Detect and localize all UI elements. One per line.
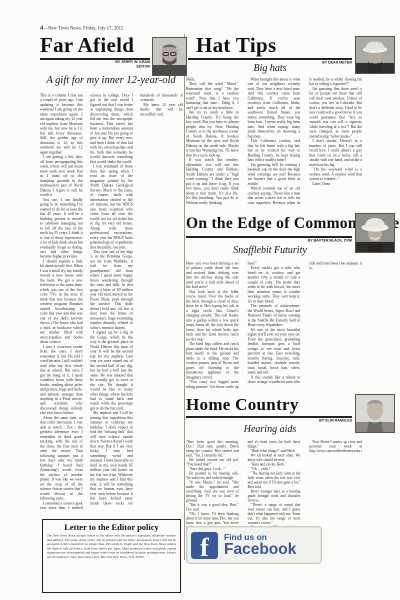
far-afield-headline: A gift for my inner 12-year-old: [40, 75, 182, 86]
hat-tips-headline: Big hats: [188, 63, 352, 74]
hat-tips-body: Hello,They call the wind "Maria". Rememb…: [186, 77, 362, 211]
newspaper-page: 4—New Town News, Friday, July 17, 2015 F…: [0, 0, 400, 600]
letter-policy-box: Letter to the Editor policy The New Town…: [42, 519, 181, 593]
letter-policy-title: Letter to the Editor policy: [43, 520, 180, 532]
on-the-edge-body: Have you ever been driving a set of past…: [186, 261, 362, 392]
hat-tips-text-columns: Hello,They call the wind "Maria". Rememb…: [186, 77, 362, 211]
facebook-icon: f: [191, 532, 218, 559]
far-afield-byline: BY JERRY W. KRAM EDITOR: [60, 60, 150, 72]
facebook-badge-line2: Facebook: [224, 542, 296, 558]
far-afield-author-photo: [152, 37, 187, 76]
folio-line: 4—New Town News, Friday, July 17, 2015: [40, 24, 260, 32]
on-the-edge-byline: BY BAXTER BLACK, DVM: [262, 238, 352, 244]
on-the-edge-byline-name: BY BAXTER BLACK, DVM: [262, 238, 352, 243]
folio-text: —New Town News, Friday, July 17, 2015: [43, 26, 123, 31]
on-the-edge-headline: Snafflebit Futurity: [188, 245, 352, 256]
on-the-edge-author-photo: [355, 213, 395, 253]
facebook-badge[interactable]: f Find us on Facebook: [186, 526, 322, 564]
home-country-author-photo: [355, 394, 395, 433]
letter-policy-text: The New Town News accepts letters to the…: [47, 534, 176, 560]
hat-tips-author-photo: [355, 36, 395, 74]
facebook-f-glyph: f: [200, 537, 209, 558]
home-country-headline: Hearing aids: [188, 424, 352, 435]
far-afield-body: This is a column I first ran a couple of…: [40, 93, 183, 515]
section-title-far-afield: Far Afield: [40, 33, 134, 58]
far-afield-byline-title: EDITOR: [60, 64, 150, 68]
far-afield-text-columns: This is a column I first ran a couple of…: [40, 93, 183, 515]
home-country-byline-name: BY SLIM RANDLES: [262, 418, 352, 423]
on-the-edge-text-columns: Have you ever been driving a set of past…: [186, 261, 362, 392]
facebook-badge-line1: Find us on: [224, 533, 296, 542]
section-title-hat-tips: Hat Tips: [196, 33, 276, 58]
column-divider-rule: [184, 34, 185, 560]
section-title-home-country: Home Country: [186, 395, 299, 415]
